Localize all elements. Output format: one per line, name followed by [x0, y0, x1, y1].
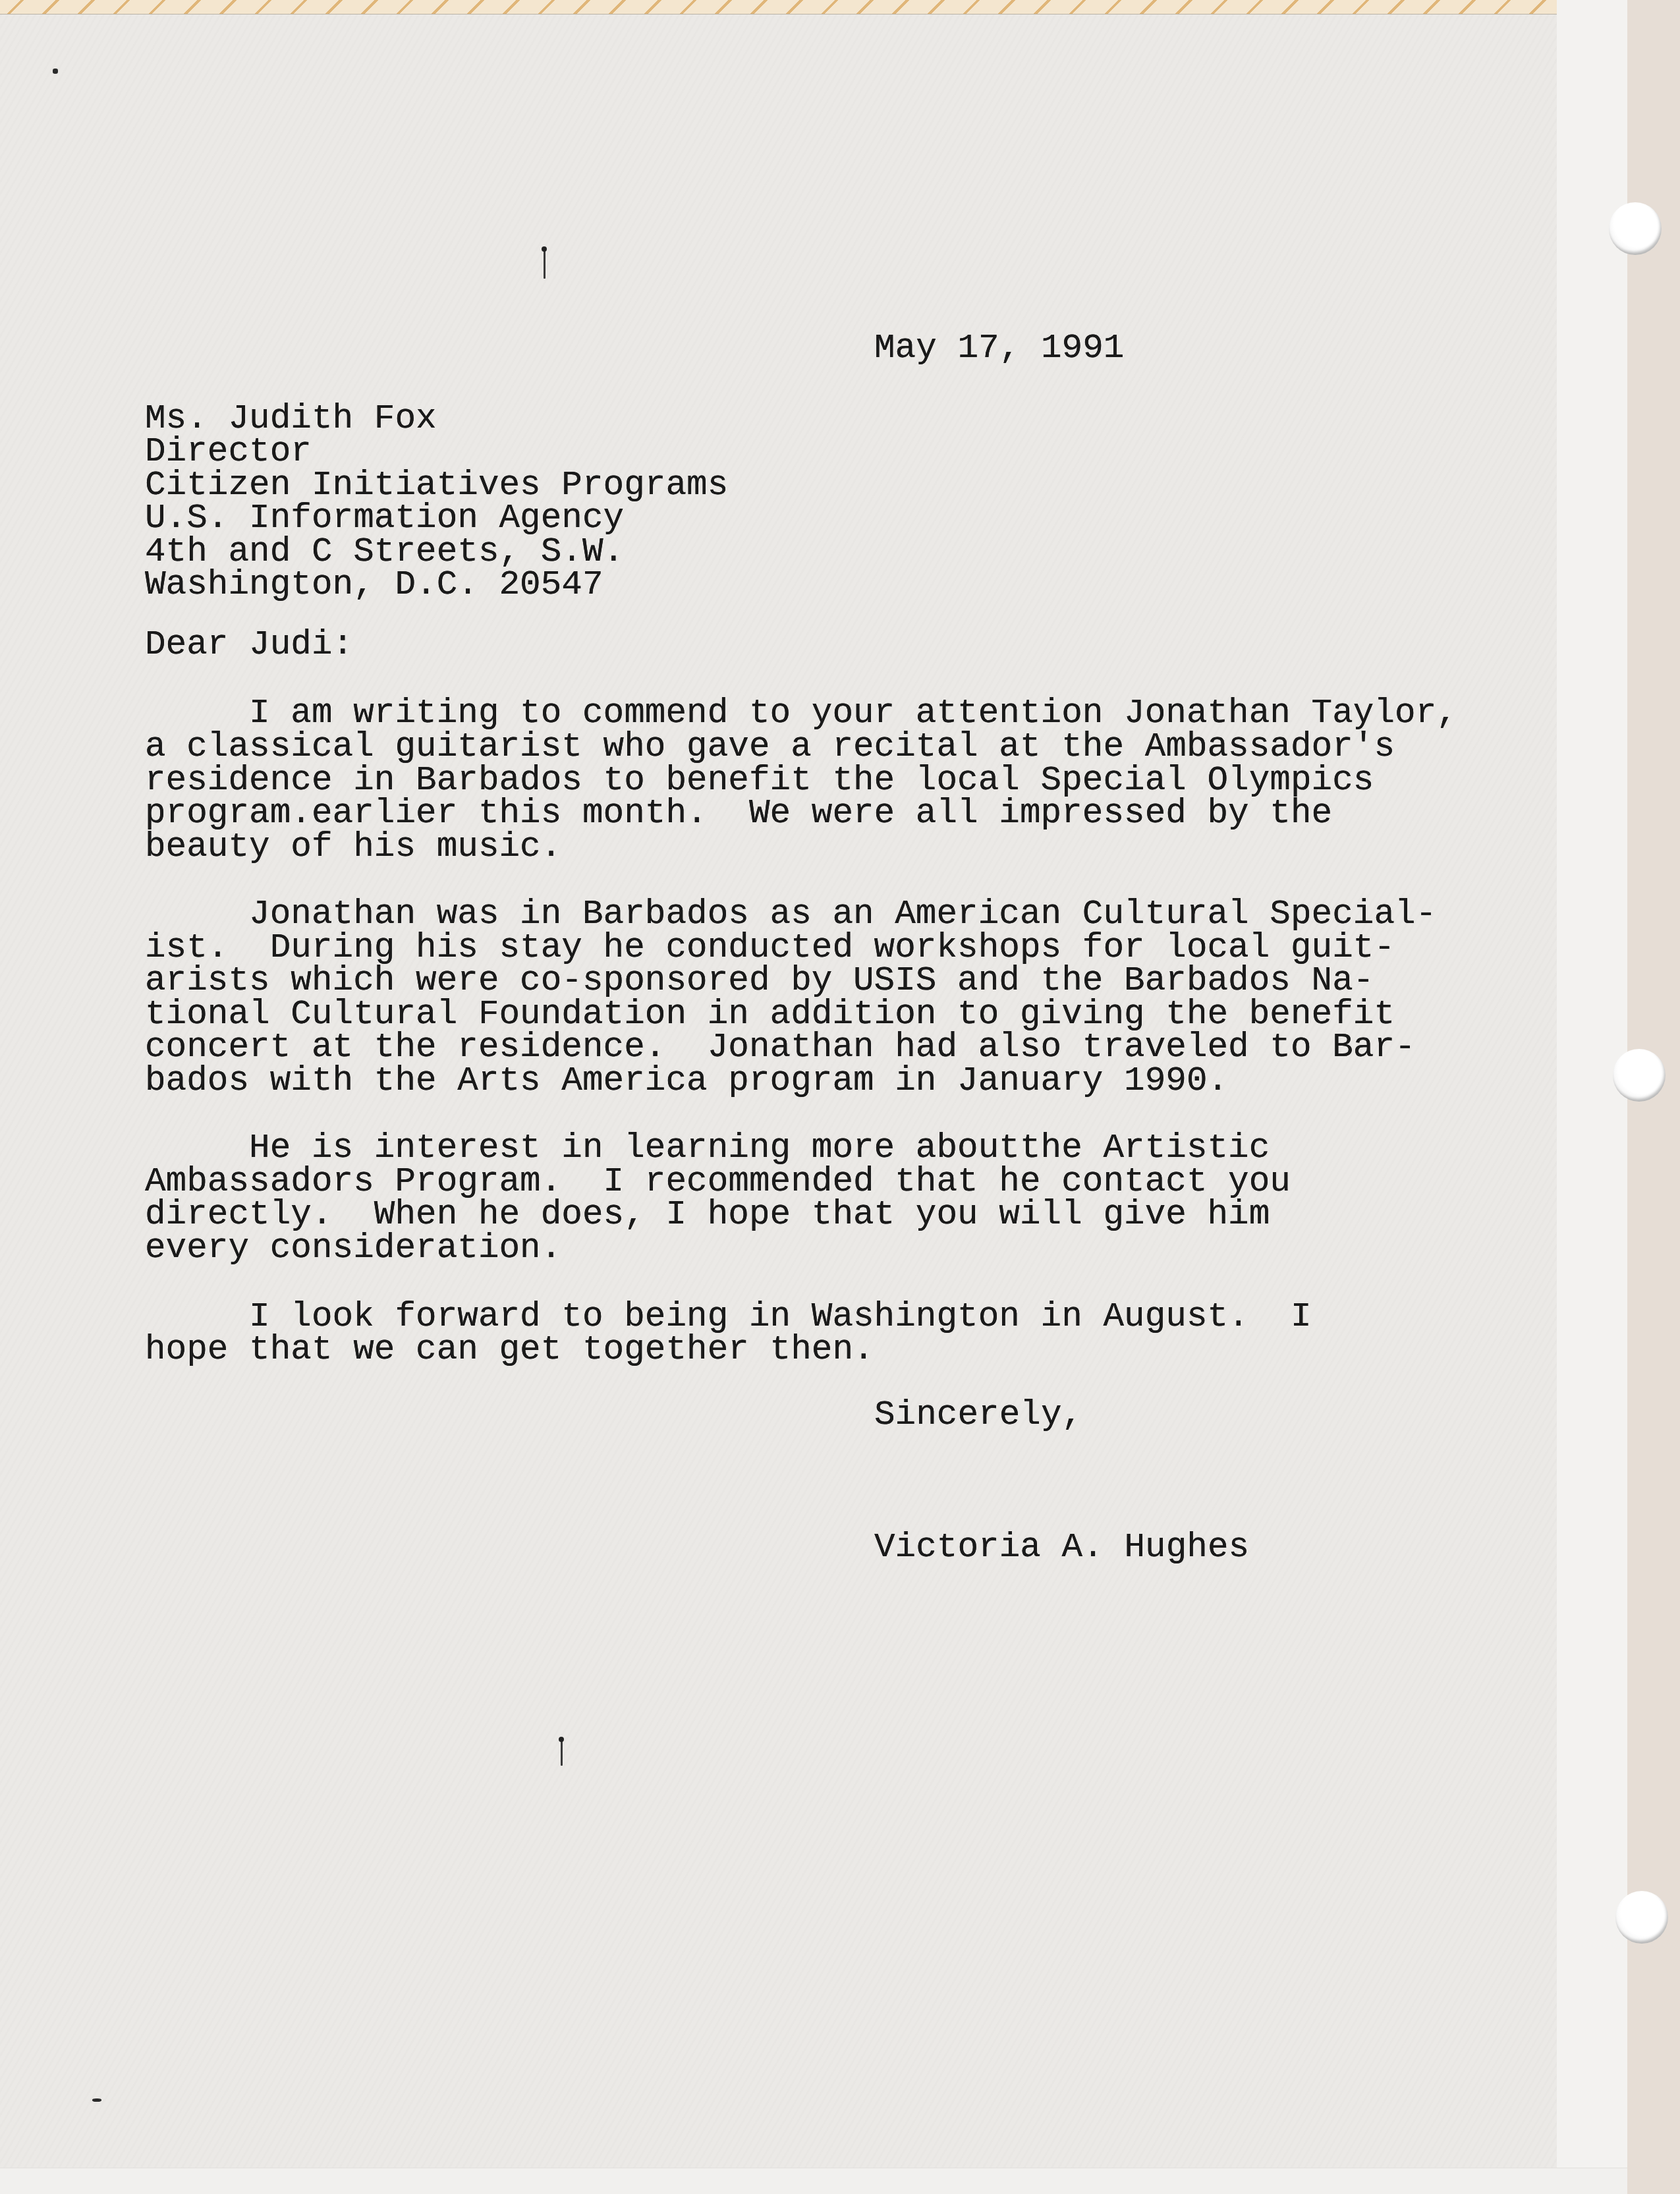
body-line: Ambassadors Program. I recommended that … [145, 1164, 1291, 1199]
binder-hole-icon [1615, 1891, 1668, 1944]
recipient-city: Washington, D.C. 20547 [145, 567, 603, 602]
paper-speck [92, 2098, 101, 2102]
body-line: tional Cultural Foundation in addition t… [145, 997, 1395, 1032]
body-line: concert at the residence. Jonathan had a… [145, 1030, 1416, 1065]
body-line: arists which were co-sponsored by USIS a… [145, 963, 1374, 998]
typewriter-margin-mark [561, 1739, 563, 1766]
underlying-sheet-bottom-edge [0, 2168, 1627, 2194]
body-line: residence in Barbados to benefit the loc… [145, 763, 1374, 798]
body-line: program.earlier this month. We were all … [145, 796, 1332, 831]
body-line: I am writing to commend to your attentio… [145, 696, 1457, 731]
underlying-sheet-edge [1557, 0, 1627, 2194]
body-line: hope that we can get together then. [145, 1332, 874, 1367]
binder-hole-icon [1609, 202, 1662, 255]
binder-hole-icon [1613, 1049, 1666, 1102]
body-line: ist. During his stay he conducted worksh… [145, 930, 1395, 965]
body-line: beauty of his music. [145, 830, 561, 864]
body-line: He is interest in learning more aboutthe… [145, 1131, 1270, 1166]
closing: Sincerely, [874, 1397, 1082, 1432]
body-line: bados with the Arts America program in J… [145, 1063, 1228, 1098]
recipient-name: Ms. Judith Fox [145, 401, 437, 436]
body-line: Jonathan was in Barbados as an American … [145, 897, 1436, 932]
salutation: Dear Judi: [145, 627, 353, 662]
letter-date: May 17, 1991 [874, 331, 1124, 366]
body-line: every consideration. [145, 1231, 561, 1266]
recipient-organization: U.S. Information Agency [145, 501, 624, 536]
typewriter-margin-mark [544, 249, 546, 279]
recipient-department: Citizen Initiatives Programs [145, 468, 728, 503]
body-line: a classical guitarist who gave a recital… [145, 729, 1395, 764]
body-line: I look forward to being in Washington in… [145, 1299, 1312, 1334]
paper-speck [53, 69, 58, 74]
body-line: directly. When he does, I hope that you … [145, 1197, 1270, 1232]
signature-name: Victoria A. Hughes [874, 1530, 1249, 1565]
recipient-title: Director [145, 434, 312, 469]
desk-surface-edge [0, 0, 1623, 14]
recipient-street: 4th and C Streets, S.W. [145, 534, 624, 569]
